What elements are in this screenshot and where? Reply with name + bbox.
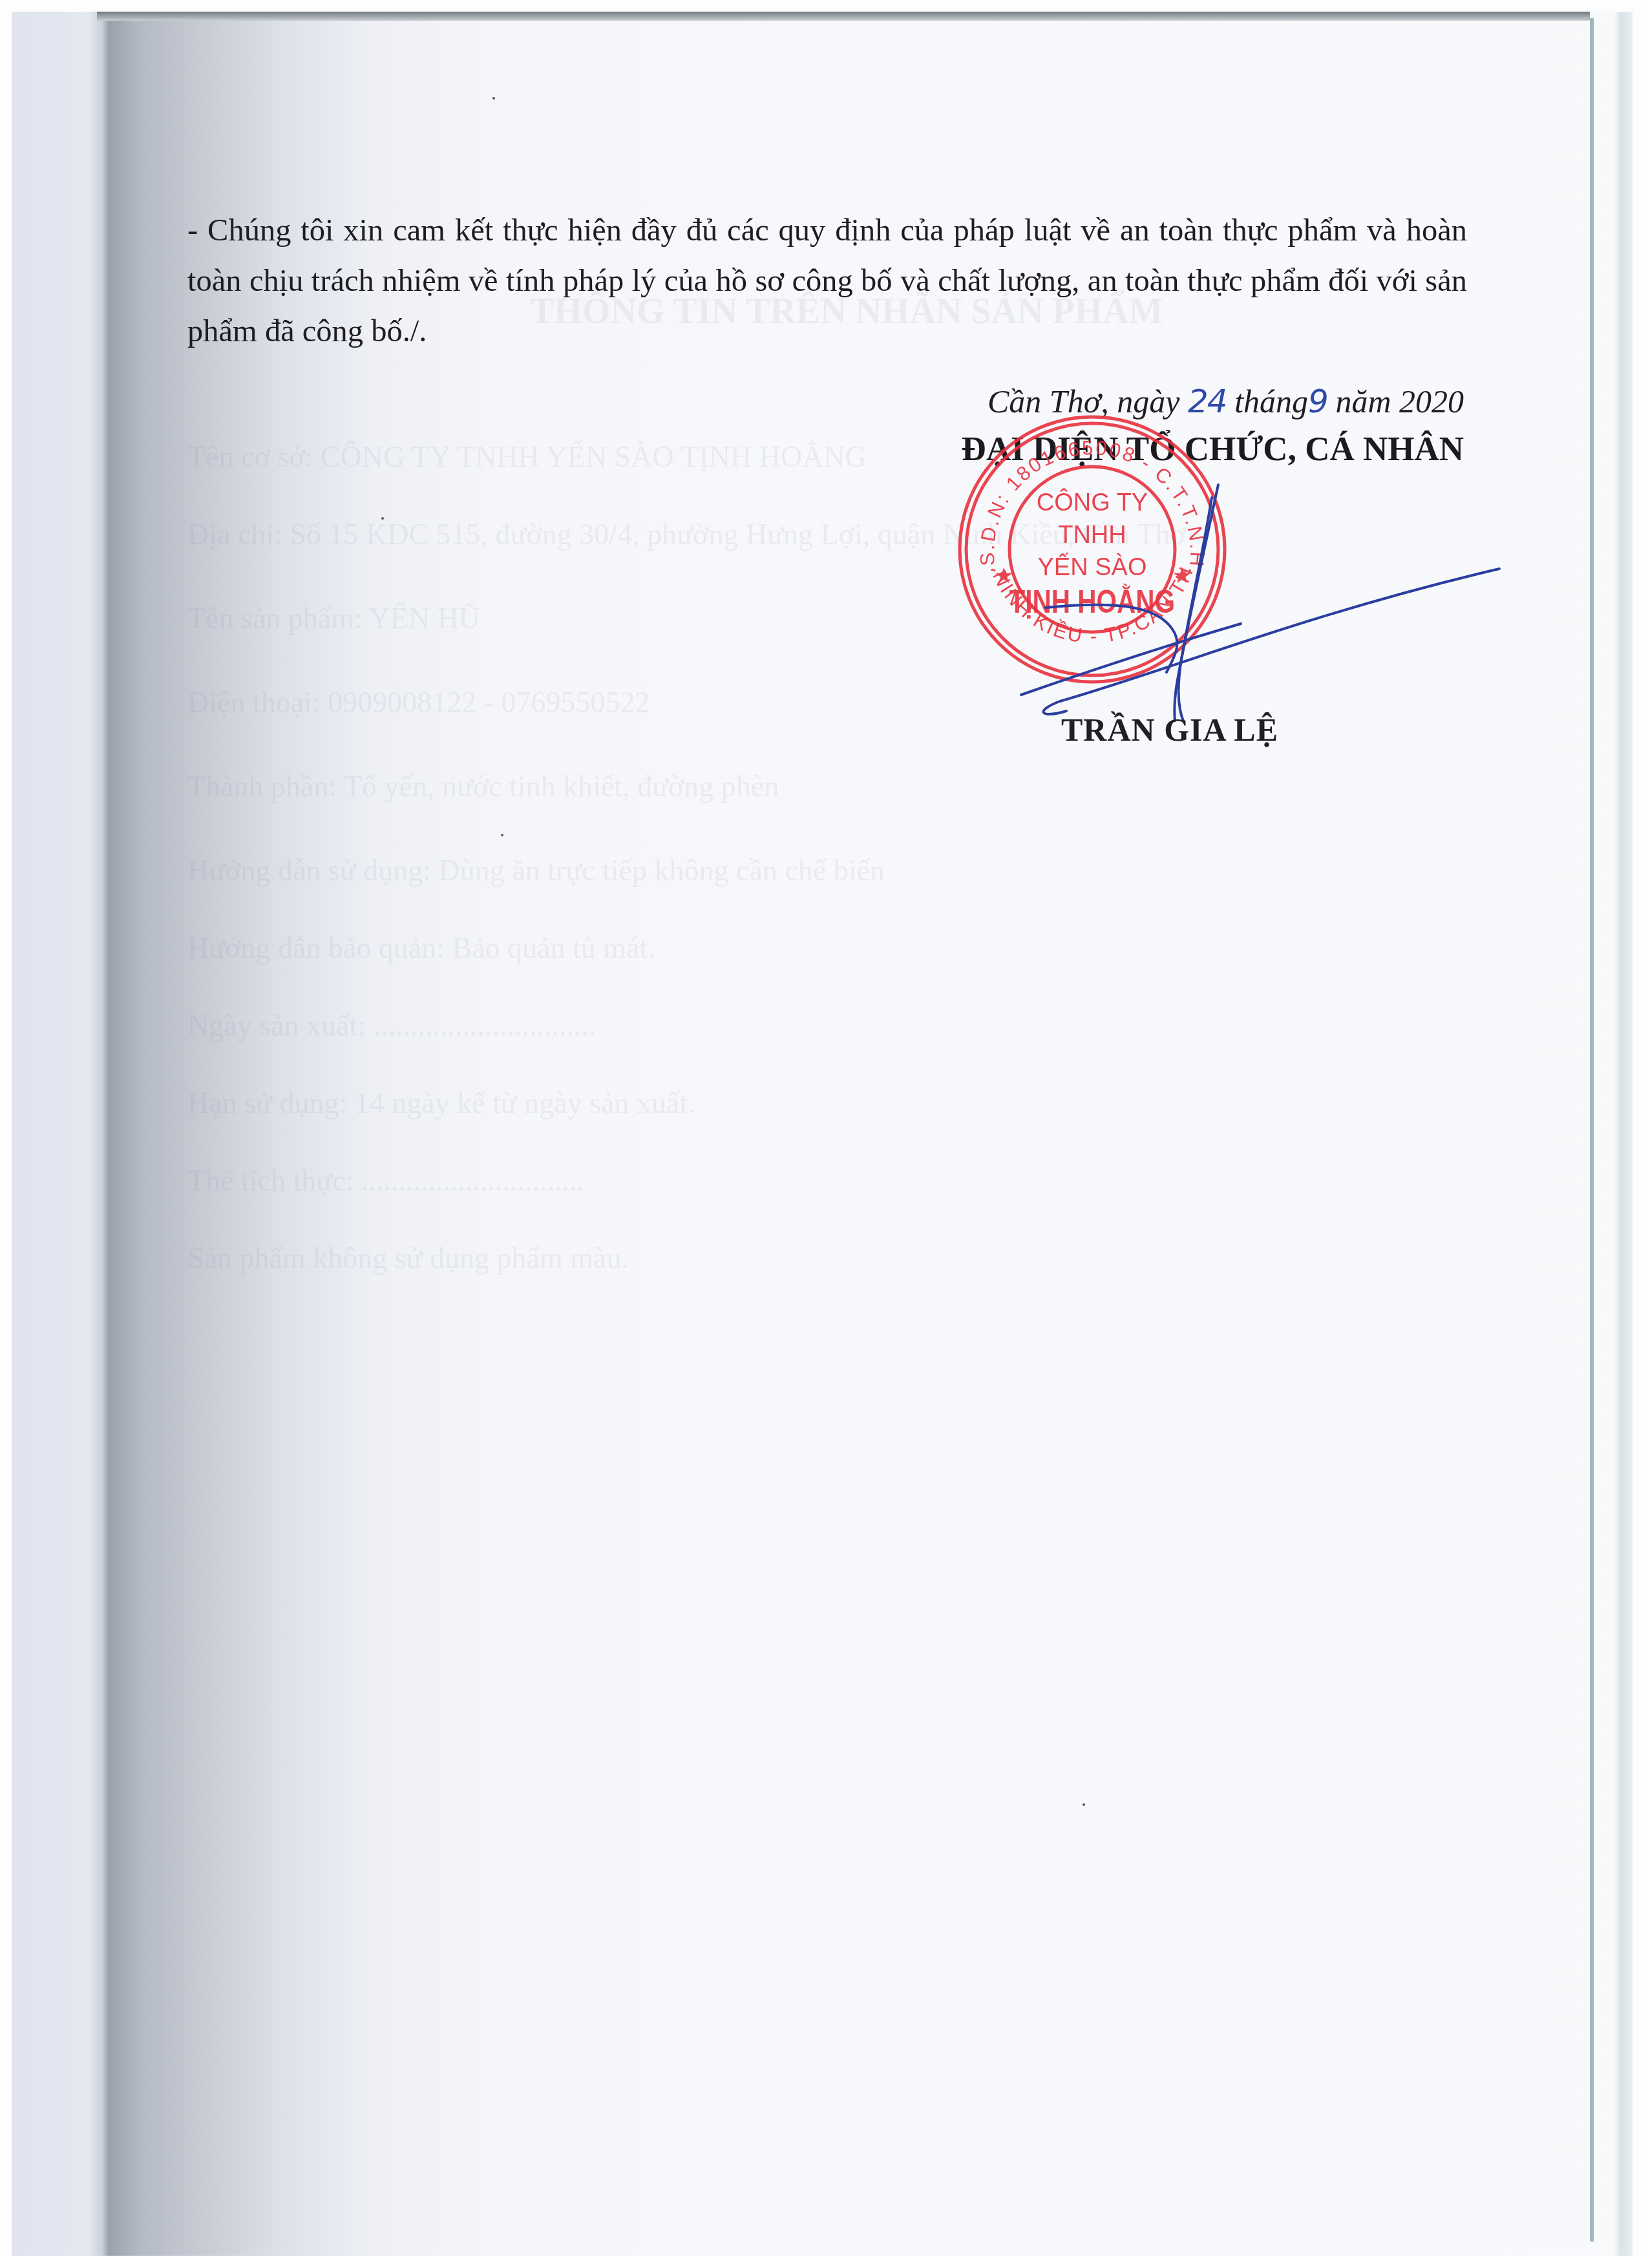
bleed-through-line: Hạn sử dụng: 14 ngày kể từ ngày sản xuất… xyxy=(187,1086,695,1120)
bleed-through-line: Điện thoại: 0909008122 - 0769550522 xyxy=(187,685,650,719)
date-month-prefix: tháng xyxy=(1227,383,1308,419)
bleed-through-line: Tên cơ sở: CÔNG TY TNHH YẾN SÀO TỊNH HOẰ… xyxy=(187,440,867,474)
page-top-edge xyxy=(97,12,1590,21)
page-right-edge xyxy=(1590,18,1594,2242)
bleed-through-line: Hướng dẫn bảo quản: Bảo quản tủ mát. xyxy=(187,931,655,965)
scan-speck xyxy=(492,97,495,100)
signer-name: TRẦN GIA LỆ xyxy=(1008,711,1331,748)
bleed-through-line: Ngày sản xuất: .........................… xyxy=(187,1008,596,1043)
bleed-through-line: Tên sản phẩm: YẾN HŨ xyxy=(187,601,480,635)
bleed-through-line: Sản phẩm không sử dụng phẩm màu. xyxy=(187,1241,629,1275)
date-year: năm 2020 xyxy=(1327,383,1464,419)
scanner-bottom-margin xyxy=(0,2256,1648,2268)
bleed-through-line: Hướng dẫn sử dụng: Dùng ăn trực tiếp khô… xyxy=(187,853,885,887)
scan-speck xyxy=(381,517,384,520)
bleed-through-line: Thể tích thực: .........................… xyxy=(187,1163,584,1198)
signature xyxy=(1034,478,1499,724)
bleed-through-line: Thành phần: Tổ yến, nước tinh khiết, đườ… xyxy=(187,769,779,803)
commitment-paragraph: - Chúng tôi xin cam kết thực hiện đầy đủ… xyxy=(187,206,1467,357)
handwritten-month: 9 xyxy=(1308,383,1327,420)
scan-speck xyxy=(501,834,503,836)
scan-speck xyxy=(1083,1803,1085,1806)
signature-strokes xyxy=(1034,478,1499,724)
